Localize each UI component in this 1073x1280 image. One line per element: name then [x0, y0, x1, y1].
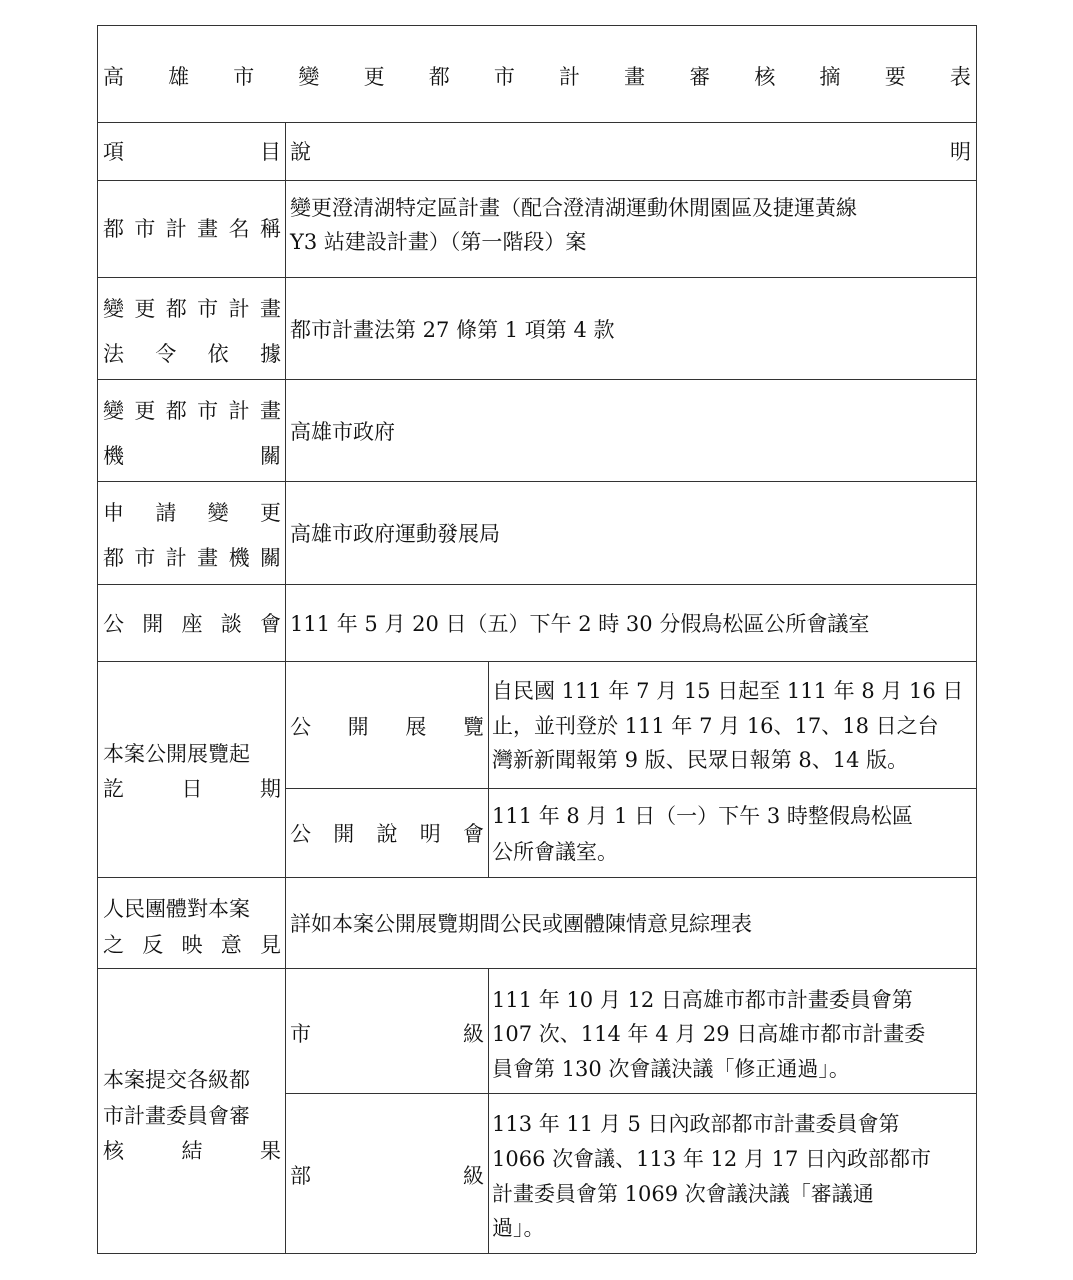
subrow-divider	[285, 788, 976, 789]
label-review-line2: 市計畫委員會審	[103, 1099, 250, 1133]
label-exhibition-line2: 訖日期	[103, 772, 281, 806]
value-public-forum: 111 年 5 月 20 日（五）下午 2 時 30 分假鳥松區公所會議室	[290, 607, 869, 641]
value-authority: 高雄市政府	[290, 415, 395, 449]
row-divider	[97, 584, 976, 585]
label-plan-name: 都市計畫名稱	[103, 212, 281, 246]
sublabel-public-exhibition: 公開展覽	[290, 710, 484, 744]
border-right	[976, 25, 977, 1253]
value-plan-name-line1: 變更澄清湖特定區計畫（配合澄清湖運動休閒園區及捷運黃線	[290, 191, 857, 225]
value-ministry-line2: 1066 次會議、113 年 12 月 17 日內政部都市	[492, 1142, 931, 1176]
row-divider	[97, 968, 976, 969]
value-briefing-line1: 111 年 8 月 1 日（一）下午 3 時整假鳥松區	[492, 799, 913, 833]
column-divider	[285, 122, 286, 1253]
border-bottom	[97, 1253, 976, 1254]
value-plan-name-line2: Y3 站建設計畫）（第一階段）案	[290, 225, 586, 259]
sublabel-ministry-level: 部級	[290, 1159, 484, 1193]
value-city-line1: 111 年 10 月 12 日高雄市都市計畫委員會第	[492, 983, 913, 1017]
value-opinions: 詳如本案公開展覽期間公民或團體陳情意見綜理表	[290, 907, 752, 941]
subcolumn-divider	[488, 968, 489, 1253]
border-top	[97, 25, 976, 26]
label-opinions-line1: 人民團體對本案	[103, 892, 250, 926]
row-divider	[97, 277, 976, 278]
value-exhibition-line3: 灣新新聞報第 9 版、民眾日報第 8、14 版。	[492, 743, 908, 777]
label-opinions-line2: 之反映意見	[103, 928, 281, 962]
sublabel-public-briefing: 公開說明會	[290, 817, 484, 851]
value-ministry-line4: 過」。	[492, 1211, 545, 1245]
value-briefing-line2: 公所會議室。	[492, 835, 618, 869]
label-review-line1: 本案提交各級都	[103, 1063, 250, 1097]
sublabel-city-level: 市級	[290, 1017, 484, 1051]
label-exhibition-line1: 本案公開展覽起	[103, 737, 250, 771]
value-legal-basis: 都市計畫法第 27 條第 1 項第 4 款	[290, 313, 615, 347]
row-divider	[97, 877, 976, 878]
value-exhibition-line1: 自民國 111 年 7 月 15 日起至 111 年 8 月 16 日	[492, 674, 963, 708]
row-divider	[97, 481, 976, 482]
label-legal-basis-line2: 法令依據	[103, 337, 281, 371]
table-title: 高雄市變更都市計畫審核摘要表	[103, 60, 971, 94]
row-divider	[97, 379, 976, 380]
header-description: 說明	[290, 135, 971, 169]
border-left	[97, 25, 98, 1253]
label-applicant-line2: 都市計畫機關	[103, 541, 281, 575]
label-public-forum: 公開座談會	[103, 607, 281, 641]
label-legal-basis-line1: 變更都市計畫	[103, 292, 281, 326]
value-city-line2: 107 次、114 年 4 月 29 日高雄市都市計畫委	[492, 1017, 925, 1051]
header-item: 項目	[103, 135, 281, 169]
row-divider	[97, 180, 976, 181]
value-applicant: 高雄市政府運動發展局	[290, 517, 500, 551]
label-review-line3: 核結果	[103, 1134, 281, 1168]
subcolumn-divider	[488, 661, 489, 877]
value-exhibition-line2: 止，並刊登於 111 年 7 月 16、17、18 日之台	[492, 709, 939, 743]
value-ministry-line3: 計畫委員會第 1069 次會議決議「審議通	[492, 1177, 874, 1211]
subrow-divider	[285, 1093, 976, 1094]
row-divider	[97, 122, 976, 123]
label-authority-line2: 機關	[103, 439, 281, 473]
value-ministry-line1: 113 年 11 月 5 日內政部都市計畫委員會第	[492, 1107, 900, 1141]
row-divider	[97, 661, 976, 662]
label-applicant-line1: 申請變更	[103, 496, 281, 530]
label-authority-line1: 變更都市計畫	[103, 394, 281, 428]
value-city-line3: 員會第 130 次會議決議「修正通過」。	[492, 1052, 850, 1086]
